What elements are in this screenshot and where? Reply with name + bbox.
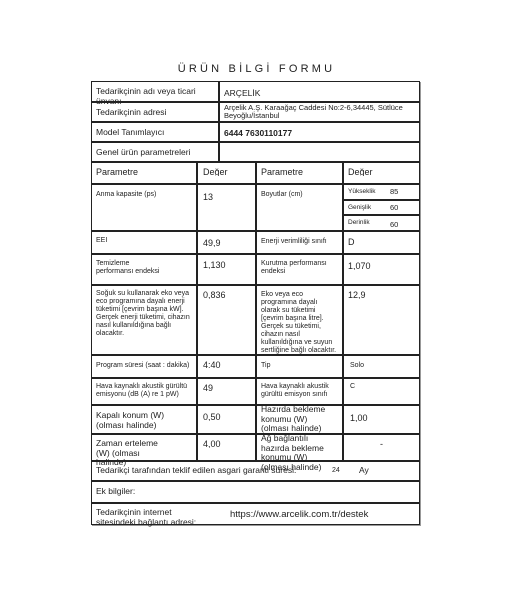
- model-value: 6444 7630110177: [219, 126, 419, 139]
- supplier-address-label: Tedarikçinin adresi: [91, 105, 218, 118]
- dimensions-label: Boyutlar (cm): [256, 188, 342, 199]
- row-divider: [91, 141, 420, 143]
- off-mode-value: 0,50: [198, 410, 255, 421]
- website-label: Tedarikçinin internet sitesindeki bağlan…: [91, 505, 226, 527]
- eei-label: EEI: [91, 234, 196, 245]
- noise-class-value: C: [345, 380, 420, 391]
- energy-class-value: D: [343, 235, 420, 246]
- form-title: ÜRÜN BİLGİ FORMU: [0, 63, 513, 75]
- eei-value: 49,9: [198, 236, 255, 247]
- general-params-label: Genel ürün parametreleri: [91, 145, 218, 158]
- row-divider: [91, 480, 420, 482]
- row-divider: [91, 121, 420, 123]
- warranty-value: 24: [327, 464, 347, 475]
- type-label: Tip: [256, 359, 342, 370]
- model-label: Model Tanımlayıcı: [91, 125, 218, 138]
- extra-info-label: Ek bilgiler:: [91, 484, 291, 497]
- dimension-depth-value: 60: [385, 218, 420, 229]
- program-duration-label: Program süresi (saat : dakika): [91, 359, 196, 370]
- energy-consumption-label: Soğuk su kullanarak eko veya eco program…: [91, 287, 196, 338]
- type-value: Solo: [345, 359, 420, 370]
- header-param-2: Parametre: [256, 165, 342, 176]
- header-param-1: Parametre: [91, 165, 196, 176]
- warranty-unit: Ay: [354, 463, 384, 476]
- delay-start-value: 4,00: [198, 437, 255, 448]
- water-consumption-label: Eko veya eco programına dayalı olarak su…: [256, 288, 342, 355]
- noise-emission-label: Hava kaynaklı akustik gürültü emisyonu (…: [91, 380, 196, 400]
- capacity-value: 13: [198, 190, 255, 201]
- energy-class-label: Enerji verimliliği sınıfı: [256, 235, 342, 246]
- noise-class-label: Hava kaynaklı akustik gürültü emisyon sı…: [256, 380, 342, 400]
- warranty-label: Tedarikçi tarafından teklif edilen asgar…: [91, 463, 331, 476]
- energy-consumption-value: 0,836: [198, 288, 255, 299]
- supplier-address-value: Arçelik A.Ş. Karaağaç Caddesi No:2-6,344…: [219, 101, 419, 120]
- standby-mode-value: 1,00: [345, 411, 420, 422]
- supplier-name-value: ARÇELİK: [219, 86, 419, 99]
- cleaning-index-label: Temizleme performansı endeksi: [91, 257, 196, 277]
- drying-index-label: Kurutma performansı endeksi: [256, 257, 342, 277]
- network-standby-value: -: [343, 437, 420, 448]
- noise-emission-value: 49: [198, 381, 255, 392]
- dimension-height-value: 85: [385, 185, 420, 196]
- website-link[interactable]: https://www.arcelik.com.tr/destek: [225, 508, 415, 519]
- cleaning-index-value: 1,130: [198, 258, 255, 269]
- off-mode-label: Kapalı konum (W) (olması halinde): [91, 408, 196, 430]
- dimension-width-value: 60: [385, 201, 420, 212]
- supplier-name-label: Tedarikçinin adı veya ticari ünvanı: [91, 84, 218, 106]
- program-duration-value: 4:40: [198, 358, 255, 369]
- header-value-2: Değer: [343, 165, 420, 176]
- drying-index-value: 1,070: [343, 259, 420, 270]
- standby-mode-label: Hazırda bekleme konumu (W) (olması halin…: [256, 402, 342, 434]
- water-consumption-value: 12,9: [343, 288, 420, 299]
- header-value-1: Değer: [198, 165, 255, 176]
- capacity-label: Anma kapasite (ps): [91, 188, 196, 199]
- row-divider: [91, 502, 420, 504]
